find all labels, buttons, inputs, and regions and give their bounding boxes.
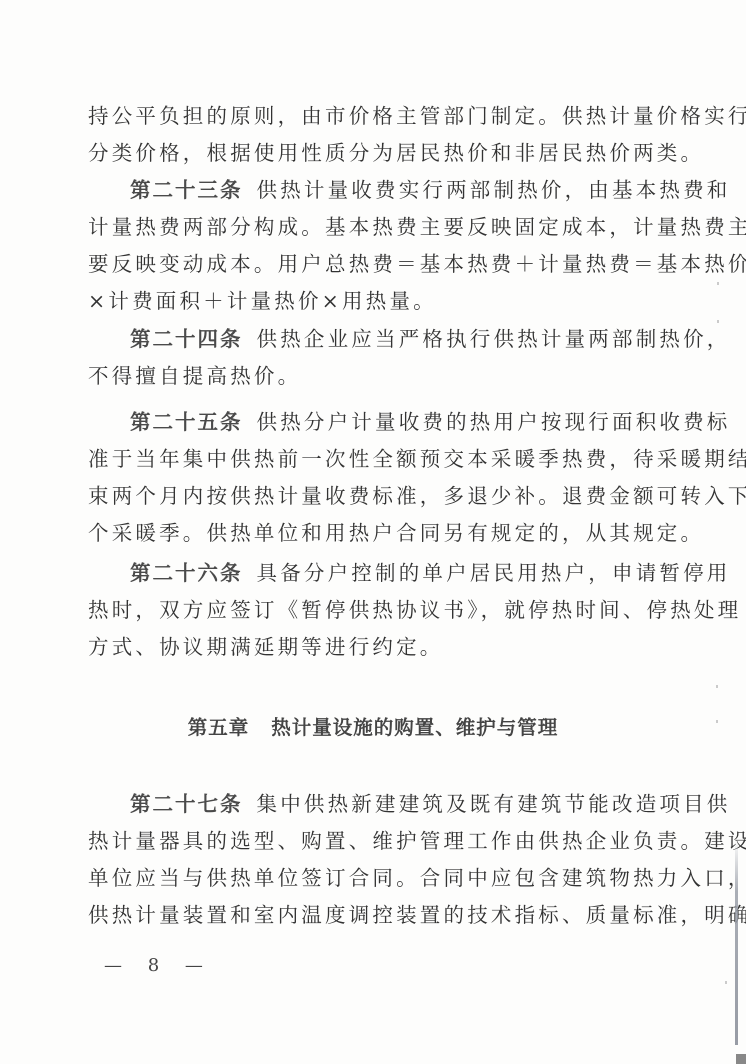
- chapter-heading: 第五章热计量设施的购置、维护与管理: [0, 712, 746, 740]
- text-line: 不得擅自提高热价。: [88, 358, 668, 395]
- article-first-line: 第二十三条供热计量收费实行两部制热价，由基本热费和: [88, 172, 668, 209]
- chapter-title: 热计量设施的购置、维护与管理: [271, 716, 558, 739]
- article-first-line: 第二十四条供热企业应当严格执行供热计量两部制热价，: [88, 321, 668, 358]
- article-number: 第二十七条: [130, 792, 243, 816]
- paragraph-continued: 持公平负担的原则，由市价格主管部门制定。供热计量价格实行 分类价格，根据使用性质…: [88, 98, 668, 172]
- text-line: 方式、协议期满延期等进行约定。: [88, 629, 668, 666]
- scan-speck: [717, 282, 719, 285]
- article-first-line: 第二十五条供热分户计量收费的热用户按现行面积收费标: [88, 404, 668, 441]
- article-text: 供热计量收费实行两部制热价，由基本热费和: [257, 178, 731, 202]
- text-line: 分类价格，根据使用性质分为居民热价和非居民热价两类。: [88, 135, 668, 172]
- scan-speck: [716, 720, 718, 723]
- scan-edge-shadow: [735, 840, 738, 1045]
- text-line: 持公平负担的原则，由市价格主管部门制定。供热计量价格实行: [88, 98, 668, 135]
- scan-speck: [725, 981, 727, 984]
- chapter-number: 第五章: [188, 716, 250, 739]
- text-line: 要反映变动成本。用户总热费＝基本热费＋计量热费＝基本热价: [88, 246, 668, 283]
- article-first-line: 第二十六条具备分户控制的单户居民用热户，申请暂停用: [88, 555, 668, 592]
- article-25: 第二十五条供热分户计量收费的热用户按现行面积收费标 准于当年集中供热前一次性全额…: [88, 404, 668, 552]
- article-text: 供热企业应当严格执行供热计量两部制热价，: [257, 327, 731, 351]
- text-line: 准于当年集中供热前一次性全额预交本采暖季热费，待采暖期结: [88, 441, 668, 478]
- text-line: 热时，双方应签订《暂停供热协议书》，就停热时间、停热处理: [88, 592, 668, 629]
- text-line: 供热计量装置和室内温度调控装置的技术指标、质量标准，明确: [88, 897, 668, 934]
- text-line: ×计费面积＋计量热价×用热量。: [88, 283, 668, 320]
- scan-speck: [716, 685, 718, 688]
- article-26: 第二十六条具备分户控制的单户居民用热户，申请暂停用 热时，双方应签订《暂停供热协…: [88, 555, 668, 666]
- article-number: 第二十五条: [130, 410, 243, 434]
- text-line: 单位应当与供热单位签订合同。合同中应包含建筑物热力入口，: [88, 860, 668, 897]
- text-line: 个采暖季。供热单位和用热户合同另有规定的，从其规定。: [88, 515, 668, 552]
- article-text: 具备分户控制的单户居民用热户，申请暂停用: [257, 561, 731, 585]
- page-number: — 8 —: [104, 955, 213, 976]
- article-number: 第二十三条: [130, 178, 243, 202]
- article-text: 集中供热新建建筑及既有建筑节能改造项目供: [257, 792, 731, 816]
- text-line: 热计量器具的选型、购置、维护管理工作由供热企业负责。建设: [88, 823, 668, 860]
- scan-corner-mark: [736, 1054, 746, 1064]
- article-24: 第二十四条供热企业应当严格执行供热计量两部制热价， 不得擅自提高热价。: [88, 321, 668, 395]
- scan-speck: [717, 320, 719, 323]
- article-first-line: 第二十七条集中供热新建建筑及既有建筑节能改造项目供: [88, 786, 668, 823]
- article-23: 第二十三条供热计量收费实行两部制热价，由基本热费和 计量热费两部分构成。基本热费…: [88, 172, 668, 320]
- article-number: 第二十六条: [130, 561, 243, 585]
- article-number: 第二十四条: [130, 327, 243, 351]
- text-line: 束两个月内按供热计量收费标准，多退少补。退费金额可转入下: [88, 478, 668, 515]
- article-text: 供热分户计量收费的热用户按现行面积收费标: [257, 410, 731, 434]
- article-27: 第二十七条集中供热新建建筑及既有建筑节能改造项目供 热计量器具的选型、购置、维护…: [88, 786, 668, 934]
- document-page: 持公平负担的原则，由市价格主管部门制定。供热计量价格实行 分类价格，根据使用性质…: [0, 0, 746, 1064]
- text-line: 计量热费两部分构成。基本热费主要反映固定成本，计量热费主: [88, 209, 668, 246]
